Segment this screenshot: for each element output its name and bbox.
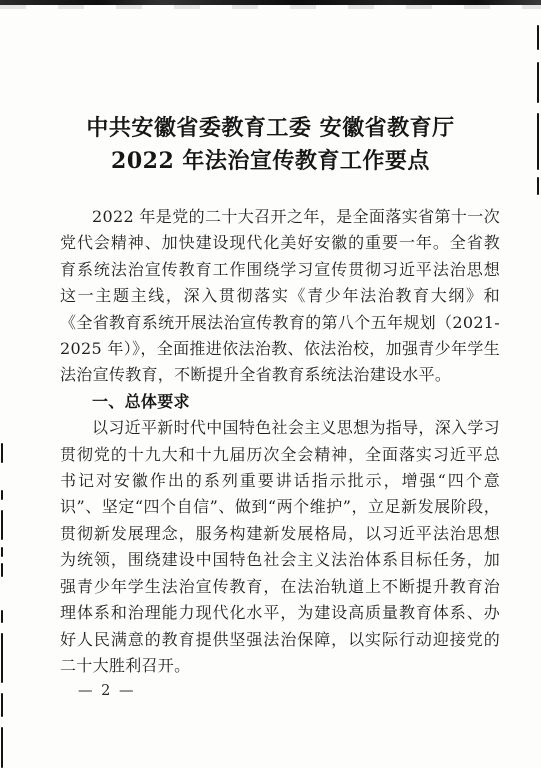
document-title: 中共安徽省委教育工委 安徽省教育厅 2022 年法治宣传教育工作要点 <box>50 112 491 178</box>
scan-dash <box>537 62 539 103</box>
paragraph-overall-requirements: 以习近平新时代中国特色社会主义思想为指导，深入学习贯彻党的十九大和十九届历次全会… <box>60 415 500 679</box>
scan-dash <box>1 443 3 463</box>
paragraph-intro: 2022 年是党的二十大召开之年，是全面落实省第十一次党代会精神、加快建设现代化… <box>60 204 500 389</box>
scan-dash <box>1 490 3 500</box>
scan-dash <box>537 25 539 50</box>
scan-dash <box>1 610 3 623</box>
scan-dash <box>1 547 3 557</box>
scan-dash <box>1 510 3 540</box>
page-number: — 2 — <box>78 683 135 699</box>
scan-dash <box>1 633 3 683</box>
scan-dash <box>1 727 3 768</box>
document-body: 2022 年是党的二十大召开之年，是全面落实省第十一次党代会精神、加快建设现代化… <box>60 204 500 679</box>
scanned-document-page: 中共安徽省委教育工委 安徽省教育厅 2022 年法治宣传教育工作要点 2022 … <box>0 0 541 768</box>
title-line-2: 2022 年法治宣传教育工作要点 <box>50 145 491 178</box>
scan-dash <box>1 563 3 577</box>
scan-dash <box>537 113 539 170</box>
scan-artifact-top-smudge <box>0 5 541 9</box>
title-line-1: 中共安徽省委教育工委 安徽省教育厅 <box>50 112 491 145</box>
scan-dash <box>1 693 3 717</box>
scan-dash <box>537 177 539 195</box>
section-heading-overall-requirements: 一、总体要求 <box>60 389 500 415</box>
